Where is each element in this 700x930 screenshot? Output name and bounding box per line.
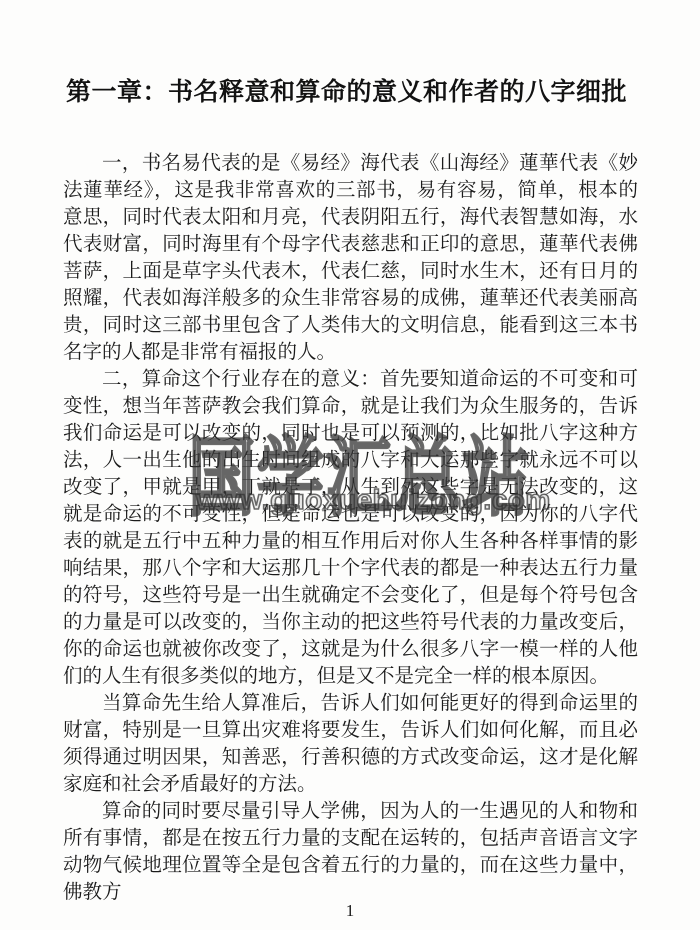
chapter-title: 第一章：书名释意和算命的意义和作者的八字细批 (66, 72, 638, 108)
paragraph-3: 当算命先生给人算准后，告诉人们如何能更好的得到命运里的财富，特别是一旦算出灾难将… (63, 690, 638, 798)
paragraph-2: 二，算命这个行业存在的意义：首先要知道命运的不可变和可变性，想当年菩萨教会我们算… (63, 366, 638, 690)
paragraph-4: 算命的同时要尽量引导人学佛，因为人的一生遇见的人和物和所有事情，都是在按五行力量… (63, 798, 638, 906)
book-page: 第一章：书名释意和算命的意义和作者的八字细批 一，书名易代表的是《易经》海代表《… (0, 0, 700, 930)
paragraph-1: 一，书名易代表的是《易经》海代表《山海经》蓮華代表《妙法蓮華经》，这是我非常喜欢… (63, 150, 638, 366)
body-text: 一，书名易代表的是《易经》海代表《山海经》蓮華代表《妙法蓮華经》，这是我非常喜欢… (63, 150, 638, 906)
page-number: 1 (0, 901, 700, 921)
